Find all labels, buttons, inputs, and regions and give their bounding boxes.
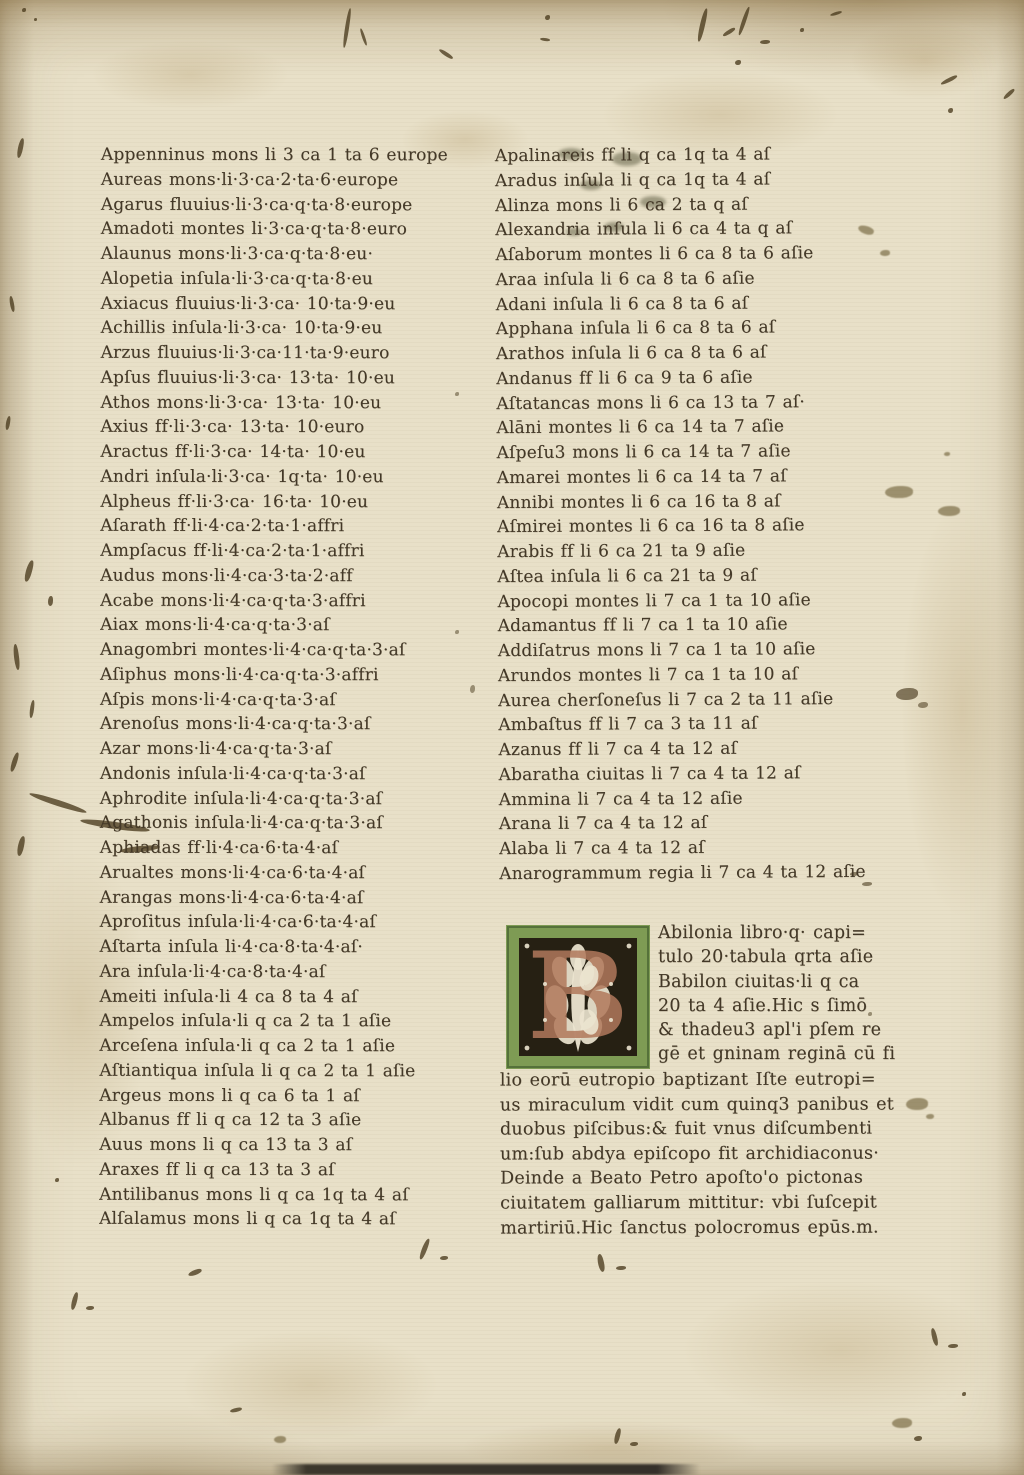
paragraph-line: gē et gninam reginā cū fi	[658, 1042, 895, 1066]
index-entry: Arzus fluuius·li·3·ca·11·ta·9·euro	[101, 341, 448, 366]
stain-mark	[938, 506, 960, 516]
index-entry: Agarus fluuius·li·3·ca·q·ta·8·europe	[101, 192, 448, 217]
stain-mark	[188, 1268, 203, 1277]
index-entry: Annibi montes li 6 ca 16 ta 8 aſ	[497, 488, 864, 515]
index-entry: Addiſatrus mons li 7 ca 1 ta 10 aſie	[498, 637, 865, 664]
index-entry: Aſarath ff·li·4·ca·2·ta·1·affri	[100, 514, 447, 539]
stain-mark	[540, 37, 550, 42]
stain-mark	[438, 48, 453, 60]
stain-mark	[545, 15, 550, 20]
paragraph-line: & thadeu3 apl'i pſem re	[658, 1018, 895, 1042]
stain-mark	[180, 1330, 440, 1440]
index-entry: Aſtea inſula li 6 ca 21 ta 9 aſ	[497, 563, 864, 590]
index-entry: Achillis inſula·li·3·ca· 10·ta·9·eu	[101, 316, 448, 341]
stain-mark	[455, 392, 459, 396]
paragraph-line: um:ſub abdya epiſcopo fit archidiaconus·	[500, 1141, 894, 1167]
stain-mark	[5, 416, 11, 430]
index-entry: Ammina li 7 ca 4 ta 12 aſie	[499, 785, 866, 812]
stain-mark	[697, 8, 709, 42]
stain-mark	[1002, 88, 1015, 100]
paragraph-line: tulo 20·tabula qrta aſie	[658, 945, 895, 969]
index-entry: Aphiadas ff·li·4·ca·6·ta·4·aſ	[100, 836, 447, 861]
stain-mark	[850, 20, 1000, 100]
index-entry: Amarei montes li 6 ca 14 ta 7 aſ	[497, 464, 864, 491]
stain-mark	[34, 18, 37, 21]
index-entry: Albanus ff li q ca 12 ta 3 aſie	[99, 1108, 446, 1133]
index-entry: Andanus ff li 6 ca 9 ta 6 aſie	[496, 365, 863, 392]
index-entry: Arana li 7 ca 4 ta 12 aſ	[499, 810, 866, 837]
stain-mark	[470, 685, 475, 693]
initial-B-woodcut: B	[505, 924, 651, 1070]
index-entry: Aſtatancas mons li 6 ca 13 ta 7 aſ·	[496, 389, 863, 416]
index-entry: Alaba li 7 ca 4 ta 12 aſ	[499, 835, 866, 862]
index-entry: Alſalamus mons li q ca 1q ta 4 aſ	[99, 1207, 446, 1232]
page-bottom-shadow	[272, 1464, 700, 1475]
index-entry: Abaratha ciuitas li 7 ca 4 ta 12 aſ	[499, 761, 866, 788]
index-entry: Argeus mons li q ca 6 ta 1 aſ	[99, 1083, 446, 1108]
stain-mark	[16, 138, 24, 159]
stain-mark	[8, 296, 15, 312]
index-entry: Apalinareis ff li q ca 1q ta 4 aſ	[495, 142, 862, 169]
babilonia-paragraph-full: lio eorū eutropio baptizant Iſte eutropi…	[500, 1067, 895, 1240]
index-entry: Aſpeſu3 mons li 6 ca 14 ta 7 aſie	[497, 439, 864, 466]
index-entry: Aureas mons·li·3·ca·2·ta·6·europe	[101, 167, 448, 192]
index-entry: Aiax mons·li·4·ca·q·ta·3·aſ	[100, 613, 447, 638]
index-entry: Agathonis inſula·li·4·ca·q·ta·3·aſ	[100, 811, 447, 836]
stain-mark	[900, 500, 1024, 920]
index-entry: Alāni montes li 6 ca 14 ta 7 aſie	[496, 414, 863, 441]
index-entry: Arundos montes li 7 ca 1 ta 10 aſ	[498, 662, 865, 689]
index-entry: Appenninus mons li 3 ca 1 ta 6 europe	[101, 143, 448, 168]
stain-mark	[29, 700, 35, 718]
stain-mark	[722, 27, 736, 37]
index-entry: Alpheus ff·li·3·ca· 16·ta· 10·eu	[100, 489, 447, 514]
stain-mark	[962, 1392, 966, 1396]
stain-mark	[630, 1442, 638, 1446]
stain-mark	[23, 560, 34, 583]
stain-mark	[70, 1292, 79, 1311]
index-entry: Ampſacus ff·li·4·ca·2·ta·1·affri	[100, 539, 447, 564]
stain-mark	[274, 1436, 286, 1443]
index-entry: Azar mons·li·4·ca·q·ta·3·aſ	[100, 737, 447, 762]
stain-mark	[342, 8, 352, 48]
index-entry: Aradus inſula li q ca 1q ta 4 aſ	[495, 167, 862, 194]
index-entry: Acabe mons·li·4·ca·q·ta·3·affri	[100, 588, 447, 613]
index-entry: Apſus fluuius·li·3·ca· 13·ta· 10·eu	[101, 365, 448, 390]
index-entry: Arualtes mons·li·4·ca·6·ta·4·aſ	[100, 860, 447, 885]
babilonia-paragraph-indented: Abilonia libro·q· capi=tulo 20·tabula qr…	[658, 921, 895, 1067]
stain-mark	[29, 791, 88, 815]
index-entry: Audus mons·li·4·ca·3·ta·2·aff	[100, 563, 447, 588]
stain-mark	[880, 250, 890, 256]
stain-mark	[906, 1098, 928, 1110]
index-entry: Auus mons li q ca 13 ta 3 aſ	[99, 1133, 446, 1158]
paragraph-line: us miraculum vidit cum quinq3 panibus et	[500, 1092, 894, 1118]
index-entry: Andri inſula·li·3·ca· 1q·ta· 10·eu	[100, 464, 447, 489]
stain-mark	[55, 1178, 59, 1182]
index-entry: Anarogrammum regia li 7 ca 4 ta 12 aſie	[499, 860, 866, 887]
index-entry: Arathos inſula li 6 ca 8 ta 6 aſ	[496, 340, 863, 367]
index-entry: Aphrodite inſula·li·4·ca·q·ta·3·aſ	[100, 786, 447, 811]
stain-mark	[86, 1306, 94, 1310]
stain-mark	[680, 1280, 1000, 1420]
index-entry: Aractus ff·li·3·ca· 14·ta· 10·eu	[100, 440, 447, 465]
index-entry: Ameiti inſula·li 4 ca 8 ta 4 aſ	[99, 984, 446, 1009]
index-entry: Araa inſula li 6 ca 8 ta 6 aſie	[495, 266, 862, 293]
paragraph-line: ciuitatem galliarum mittitur: vbi ſuſcep…	[500, 1190, 894, 1216]
index-entry: Axiacus fluuius·li·3·ca· 10·ta·9·eu	[101, 291, 448, 316]
paragraph-line: 20 ta 4 aſie.Hic s ſimō	[658, 994, 895, 1018]
stain-mark	[418, 1238, 430, 1260]
index-entry: Antilibanus mons li q ca 1q ta 4 aſ	[99, 1182, 446, 1207]
stain-mark	[737, 6, 750, 36]
index-entry: Aſmirei montes li 6 ca 16 ta 8 aſie	[497, 513, 864, 540]
index-entry: Ampelos inſula·li q ca 2 ta 1 aſie	[99, 1009, 446, 1034]
stain-mark	[948, 108, 953, 113]
stain-mark	[9, 752, 19, 773]
stain-mark	[926, 1114, 934, 1119]
index-entry: Arabis ff li 6 ca 21 ta 9 aſie	[497, 538, 864, 565]
index-column-left: Appenninus mons li 3 ca 1 ta 6 europeAur…	[99, 143, 448, 1233]
incunable-page: Appenninus mons li 3 ca 1 ta 6 europeAur…	[0, 0, 1024, 1475]
paragraph-line: lio eorū eutropio baptizant Iſte eutropi…	[500, 1067, 894, 1093]
index-entry: Anagombri montes·li·4·ca·q·ta·3·aſ	[100, 638, 447, 663]
stain-mark	[885, 486, 913, 498]
stain-mark	[892, 1418, 912, 1428]
paragraph-line: Deinde a Beato Petro apoſto'o pictonas	[500, 1166, 894, 1192]
stain-mark	[22, 8, 26, 12]
stain-mark	[948, 1344, 958, 1348]
index-entry: Ara inſula·li·4·ca·8·ta·4·aſ	[99, 959, 446, 984]
stain-mark	[359, 28, 368, 46]
index-entry: Aſpis mons·li·4·ca·q·ta·3·aſ	[100, 687, 447, 712]
index-entry: Arenoſus mons·li·4·ca·q·ta·3·aſ	[100, 712, 447, 737]
index-entry: Ambaſtus ff li 7 ca 3 ta 11 aſ	[498, 711, 865, 738]
stain-mark	[944, 452, 950, 456]
index-entry: Alaunus mons·li·3·ca·q·ta·8·eu·	[101, 242, 448, 267]
index-entry: Amadoti montes li·3·ca·q·ta·8·euro	[101, 217, 448, 242]
index-entry: Alopetia inſula·li·3·ca·q·ta·8·eu	[101, 266, 448, 291]
index-entry: Apocopi montes li 7 ca 1 ta 10 aſie	[497, 587, 864, 614]
paragraph-line: duobus piſcibus:& fuit vnus diſcumbenti	[500, 1117, 894, 1143]
stain-mark	[12, 644, 21, 670]
index-entry: Aſtiantiqua inſula li q ca 2 ta 1 aſie	[99, 1058, 446, 1083]
decorated-initial-B: B	[505, 924, 651, 1070]
stain-mark	[48, 596, 53, 606]
paragraph-line: Abilonia libro·q· capi=	[658, 921, 895, 945]
index-entry: Aproſitus inſula·li·4·ca·6·ta·4·aſ	[100, 910, 447, 935]
stain-mark	[800, 28, 804, 32]
stain-mark	[760, 40, 770, 44]
stain-mark	[455, 630, 459, 634]
stain-mark	[896, 688, 918, 700]
index-entry: Aurea cherſoneſus li 7 ca 2 ta 11 aſie	[498, 686, 865, 713]
index-entry: Aſiphus mons·li·4·ca·q·ta·3·affri	[100, 662, 447, 687]
index-entry: Aſtarta inſula li·4·ca·8·ta·4·aſ·	[100, 935, 447, 960]
index-entry: Alexandria inſula li 6 ca 4 ta q aſ	[495, 216, 862, 243]
index-entry: Adani inſula li 6 ca 8 ta 6 aſ	[496, 290, 863, 317]
stain-mark	[90, 40, 290, 110]
paragraph-line: martiriū.Hic ſanctus polocromus epūs.m.	[500, 1215, 894, 1241]
index-entry: Athos mons·li·3·ca· 13·ta· 10·eu	[100, 390, 447, 415]
index-entry: Arangas mons·li·4·ca·6·ta·4·aſ	[100, 885, 447, 910]
index-entry: Arceſena inſula·li q ca 2 ta 1 aſie	[99, 1034, 446, 1059]
paragraph-line: Babilon ciuitas·li q ca	[658, 970, 895, 994]
stain-mark	[440, 1256, 448, 1260]
stain-mark	[830, 10, 842, 16]
index-entry: Aſaborum montes li 6 ca 8 ta 6 aſie	[495, 241, 862, 268]
index-entry: Andonis inſula·li·4·ca·q·ta·3·aſ	[100, 761, 447, 786]
stain-mark	[735, 60, 741, 65]
index-entry: Alinza mons li 6 ca 2 ta q aſ	[495, 191, 862, 218]
stain-mark	[914, 1436, 922, 1441]
index-column-right: Apalinareis ff li q ca 1q ta 4 aſAradus …	[495, 142, 866, 887]
svg-text:B: B	[527, 926, 628, 1067]
index-entry: Axius ff·li·3·ca· 13·ta· 10·euro	[100, 415, 447, 440]
stain-mark	[596, 1254, 606, 1273]
index-entry: Azanus ff li 7 ca 4 ta 12 aſ	[498, 736, 865, 763]
index-entry: Apphana inſula li 6 ca 8 ta 6 aſ	[496, 315, 863, 342]
index-entry: Adamantus ff li 7 ca 1 ta 10 aſie	[498, 612, 865, 639]
index-entry: Araxes ff li q ca 13 ta 3 aſ	[99, 1157, 446, 1182]
stain-mark	[616, 1266, 626, 1270]
